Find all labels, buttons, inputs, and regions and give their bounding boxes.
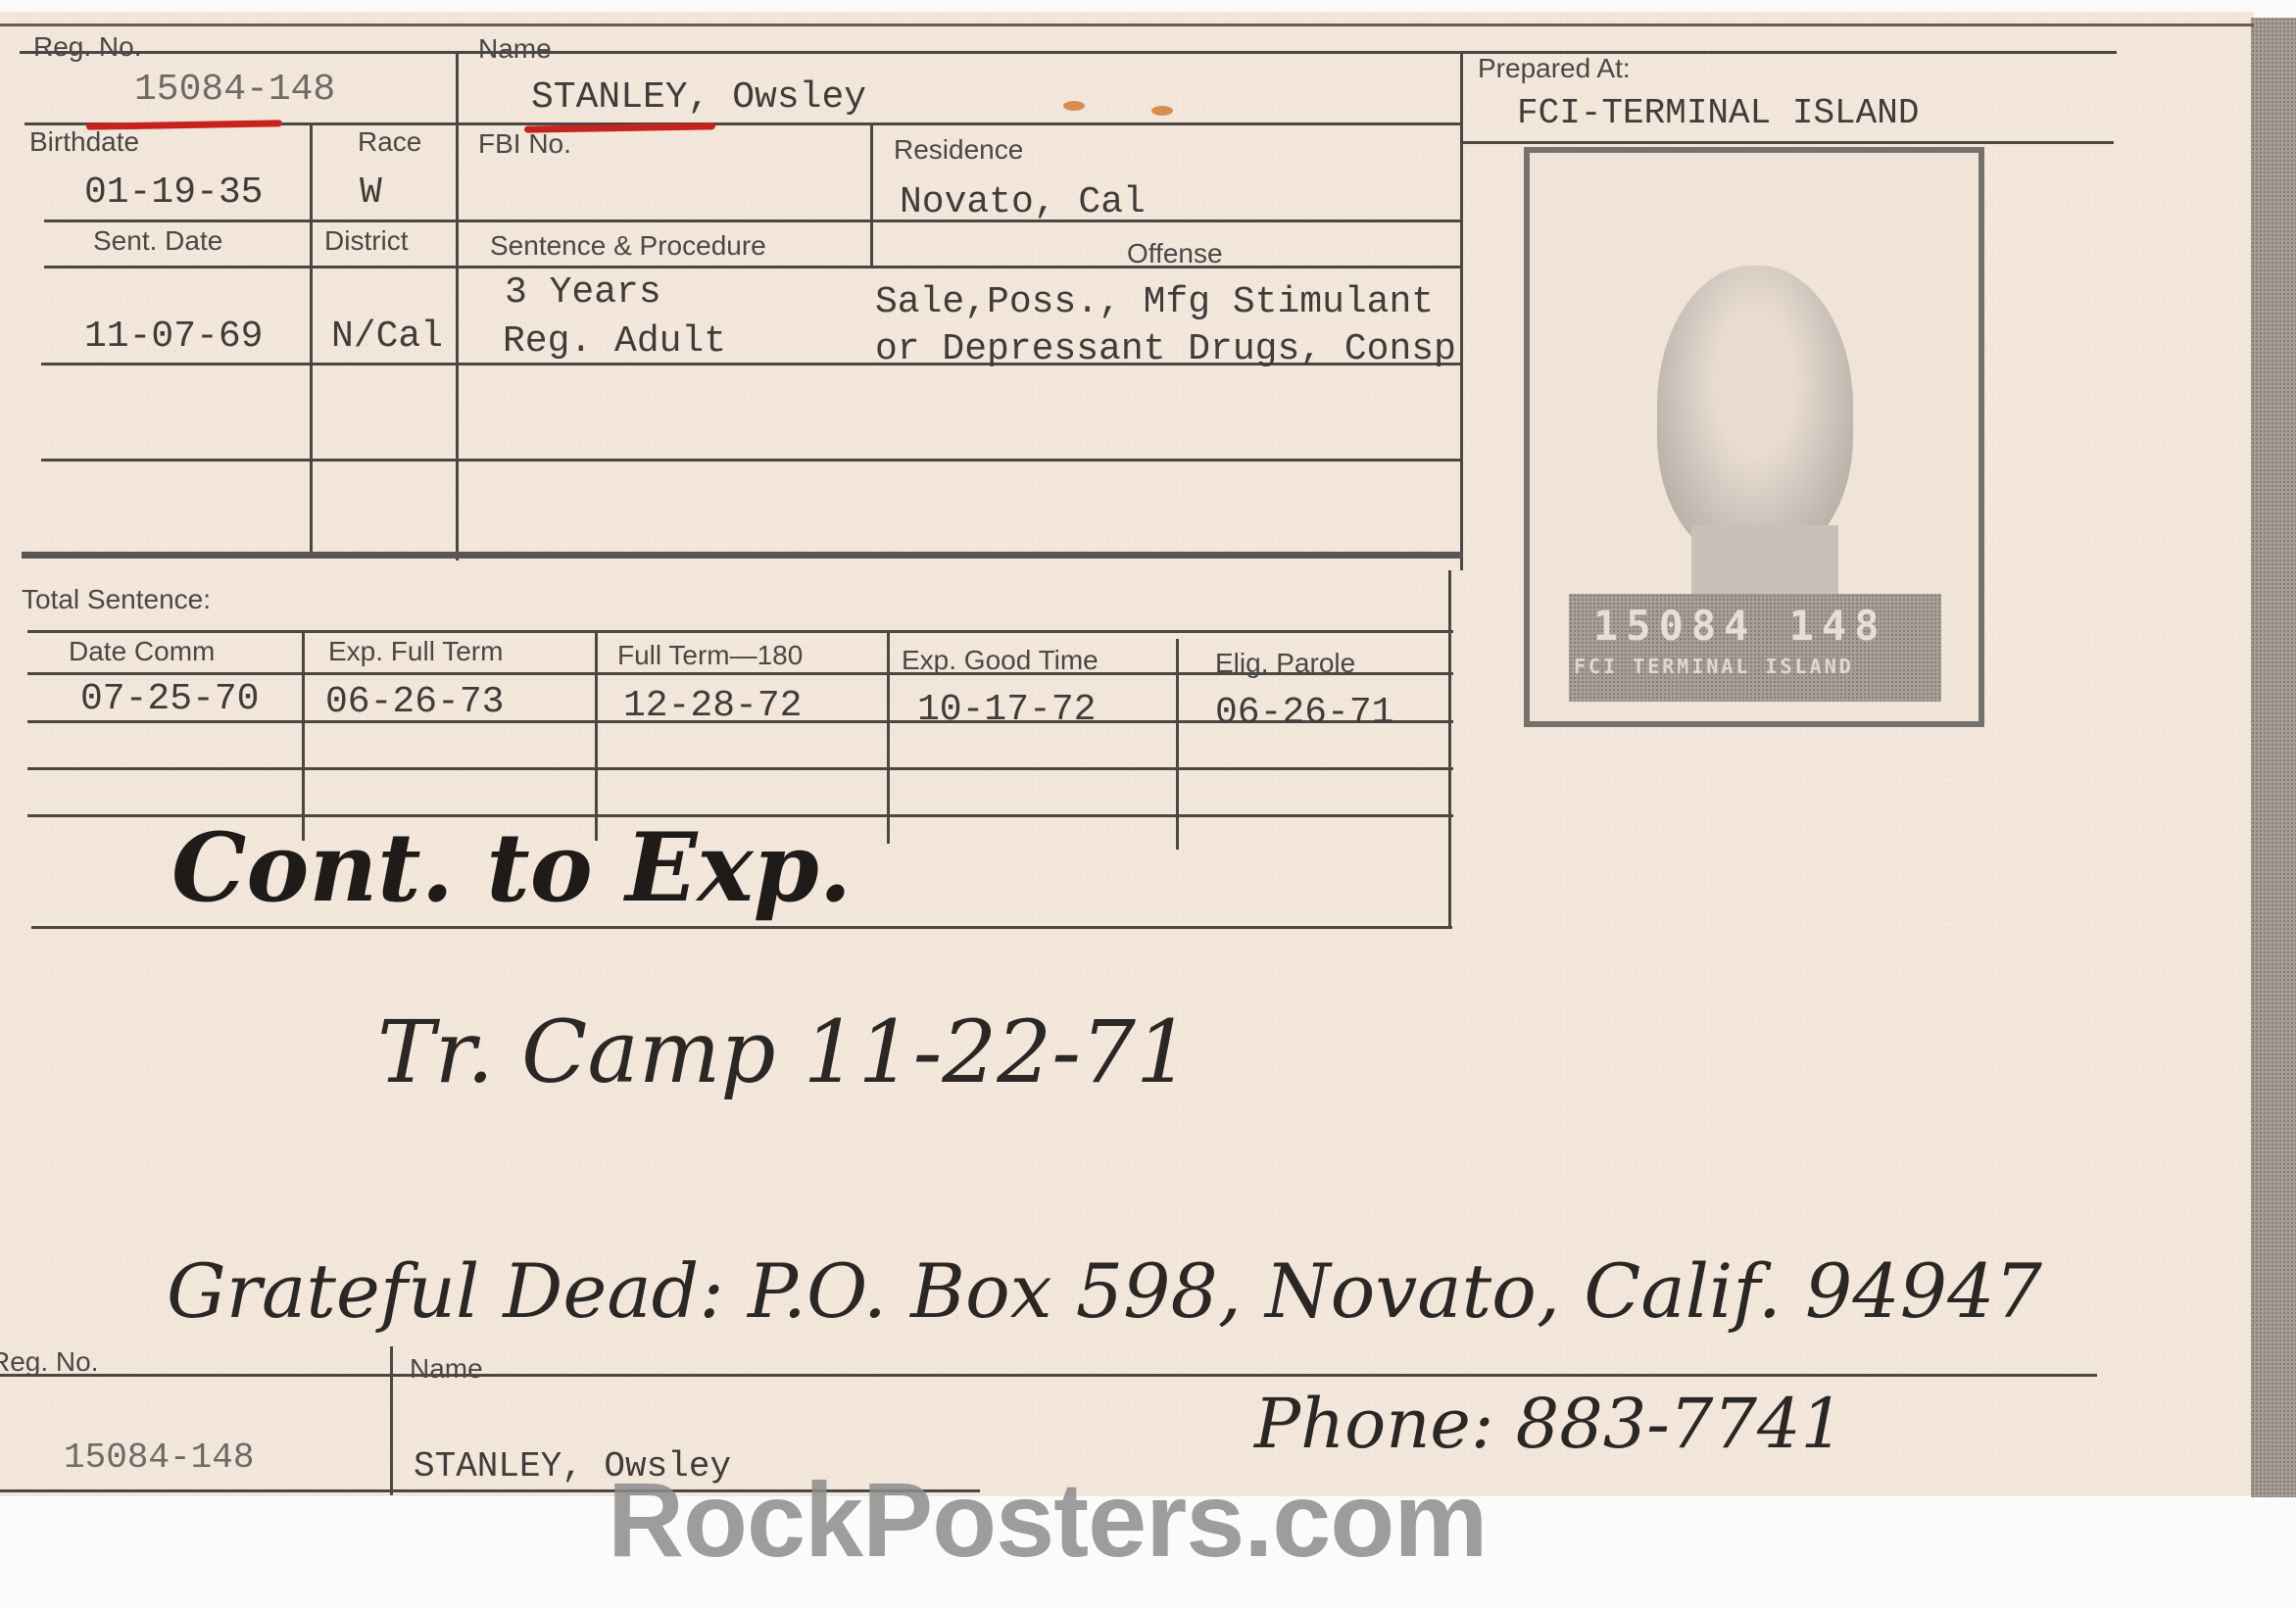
- watermark: RockPosters.com: [608, 1458, 1487, 1581]
- procedure-label: Sentence & Procedure: [490, 232, 766, 260]
- grid-line: [44, 266, 1460, 268]
- name-label: Name: [478, 35, 552, 63]
- procedure-line-2: Reg. Adult: [503, 323, 726, 361]
- footer-reg-no-label: Reg. No.: [0, 1348, 99, 1376]
- rust-stain: [1063, 101, 1085, 111]
- offense-label: Offense: [1127, 240, 1223, 268]
- grid-line: [870, 219, 873, 268]
- grid-line: [1176, 639, 1179, 850]
- offense-line-1: Sale,Poss., Mfg Stimulant: [875, 284, 1434, 321]
- grid-line: [595, 630, 598, 841]
- birthdate-label: Birthdate: [29, 128, 139, 156]
- grid-line: [27, 630, 1453, 633]
- elig-parole-value: 06-26-71: [1215, 695, 1393, 732]
- full-term-180-value: 12-28-72: [623, 688, 802, 725]
- procedure-line-1: 3 Years: [505, 274, 661, 312]
- grid-line: [302, 630, 305, 841]
- offense-line-2: or Depressant Drugs, Consp: [875, 331, 1456, 368]
- prepared-at-label: Prepared At:: [1478, 55, 1631, 82]
- grid-line: [31, 926, 1452, 929]
- section-divider: [22, 552, 1462, 559]
- grid-line: [1462, 141, 2114, 144]
- footer-reg-no-value: 15084-148: [64, 1440, 254, 1476]
- name-value: STANLEY, Owsley: [531, 79, 866, 117]
- exp-full-term-label: Exp. Full Term: [328, 638, 503, 665]
- footer-name-label: Name: [410, 1355, 483, 1383]
- grid-line: [456, 51, 459, 560]
- grid-line: [310, 122, 313, 556]
- total-sentence-label: Total Sentence:: [22, 586, 211, 613]
- sent-date-value: 11-07-69: [84, 318, 263, 356]
- grid-line: [1460, 51, 1463, 570]
- fbi-no-label: FBI No.: [478, 130, 571, 158]
- grid-line: [27, 767, 1453, 770]
- date-comm-label: Date Comm: [69, 638, 215, 665]
- mugshot-face: [1657, 266, 1853, 560]
- sent-date-label: Sent. Date: [93, 227, 222, 255]
- mugshot-photo: 15084 148 FCI TERMINAL ISLAND: [1524, 147, 1984, 727]
- race-value: W: [360, 174, 382, 212]
- full-term-180-label: Full Term—180: [617, 642, 803, 669]
- reg-no-label: Reg. No.: [33, 33, 142, 61]
- district-label: District: [324, 227, 409, 255]
- rust-stain: [1151, 106, 1173, 116]
- grid-line: [1448, 570, 1451, 929]
- grid-line: [887, 633, 890, 844]
- booking-placard: 15084 148 FCI TERMINAL ISLAND: [1569, 594, 1941, 702]
- residence-label: Residence: [894, 136, 1023, 164]
- handwritten-note-cont-to-exp: Cont. to Exp.: [171, 821, 852, 915]
- grid-line: [20, 51, 2117, 54]
- exp-good-time-value: 10-17-72: [917, 692, 1096, 729]
- card-edge-shadow: [2251, 18, 2296, 1497]
- district-value: N/Cal: [331, 318, 443, 356]
- race-label: Race: [358, 128, 421, 156]
- birthdate-value: 01-19-35: [84, 174, 263, 212]
- grid-line: [41, 459, 1460, 462]
- handwritten-address: Grateful Dead: P.O. Box 598, Novato, Cal…: [167, 1254, 2042, 1329]
- grid-line: [870, 122, 873, 220]
- handwritten-phone: Phone: 883-7741: [1254, 1389, 1844, 1458]
- reg-no-value: 15084-148: [134, 72, 335, 109]
- grid-line: [390, 1346, 393, 1495]
- exp-good-time-label: Exp. Good Time: [902, 647, 1099, 674]
- grid-line: [44, 219, 1460, 222]
- exp-full-term-value: 06-26-73: [325, 684, 504, 721]
- date-comm-value: 07-25-70: [80, 681, 259, 718]
- prepared-at-value: FCI-TERMINAL ISLAND: [1517, 96, 1919, 131]
- handwritten-note-transfer-camp: Tr. Camp 11-22-71: [377, 1009, 1191, 1096]
- residence-value: Novato, Cal: [900, 184, 1146, 221]
- grid-line: [0, 1374, 2097, 1377]
- elig-parole-label: Elig. Parole: [1215, 650, 1355, 677]
- card-top-edge: [0, 24, 2254, 26]
